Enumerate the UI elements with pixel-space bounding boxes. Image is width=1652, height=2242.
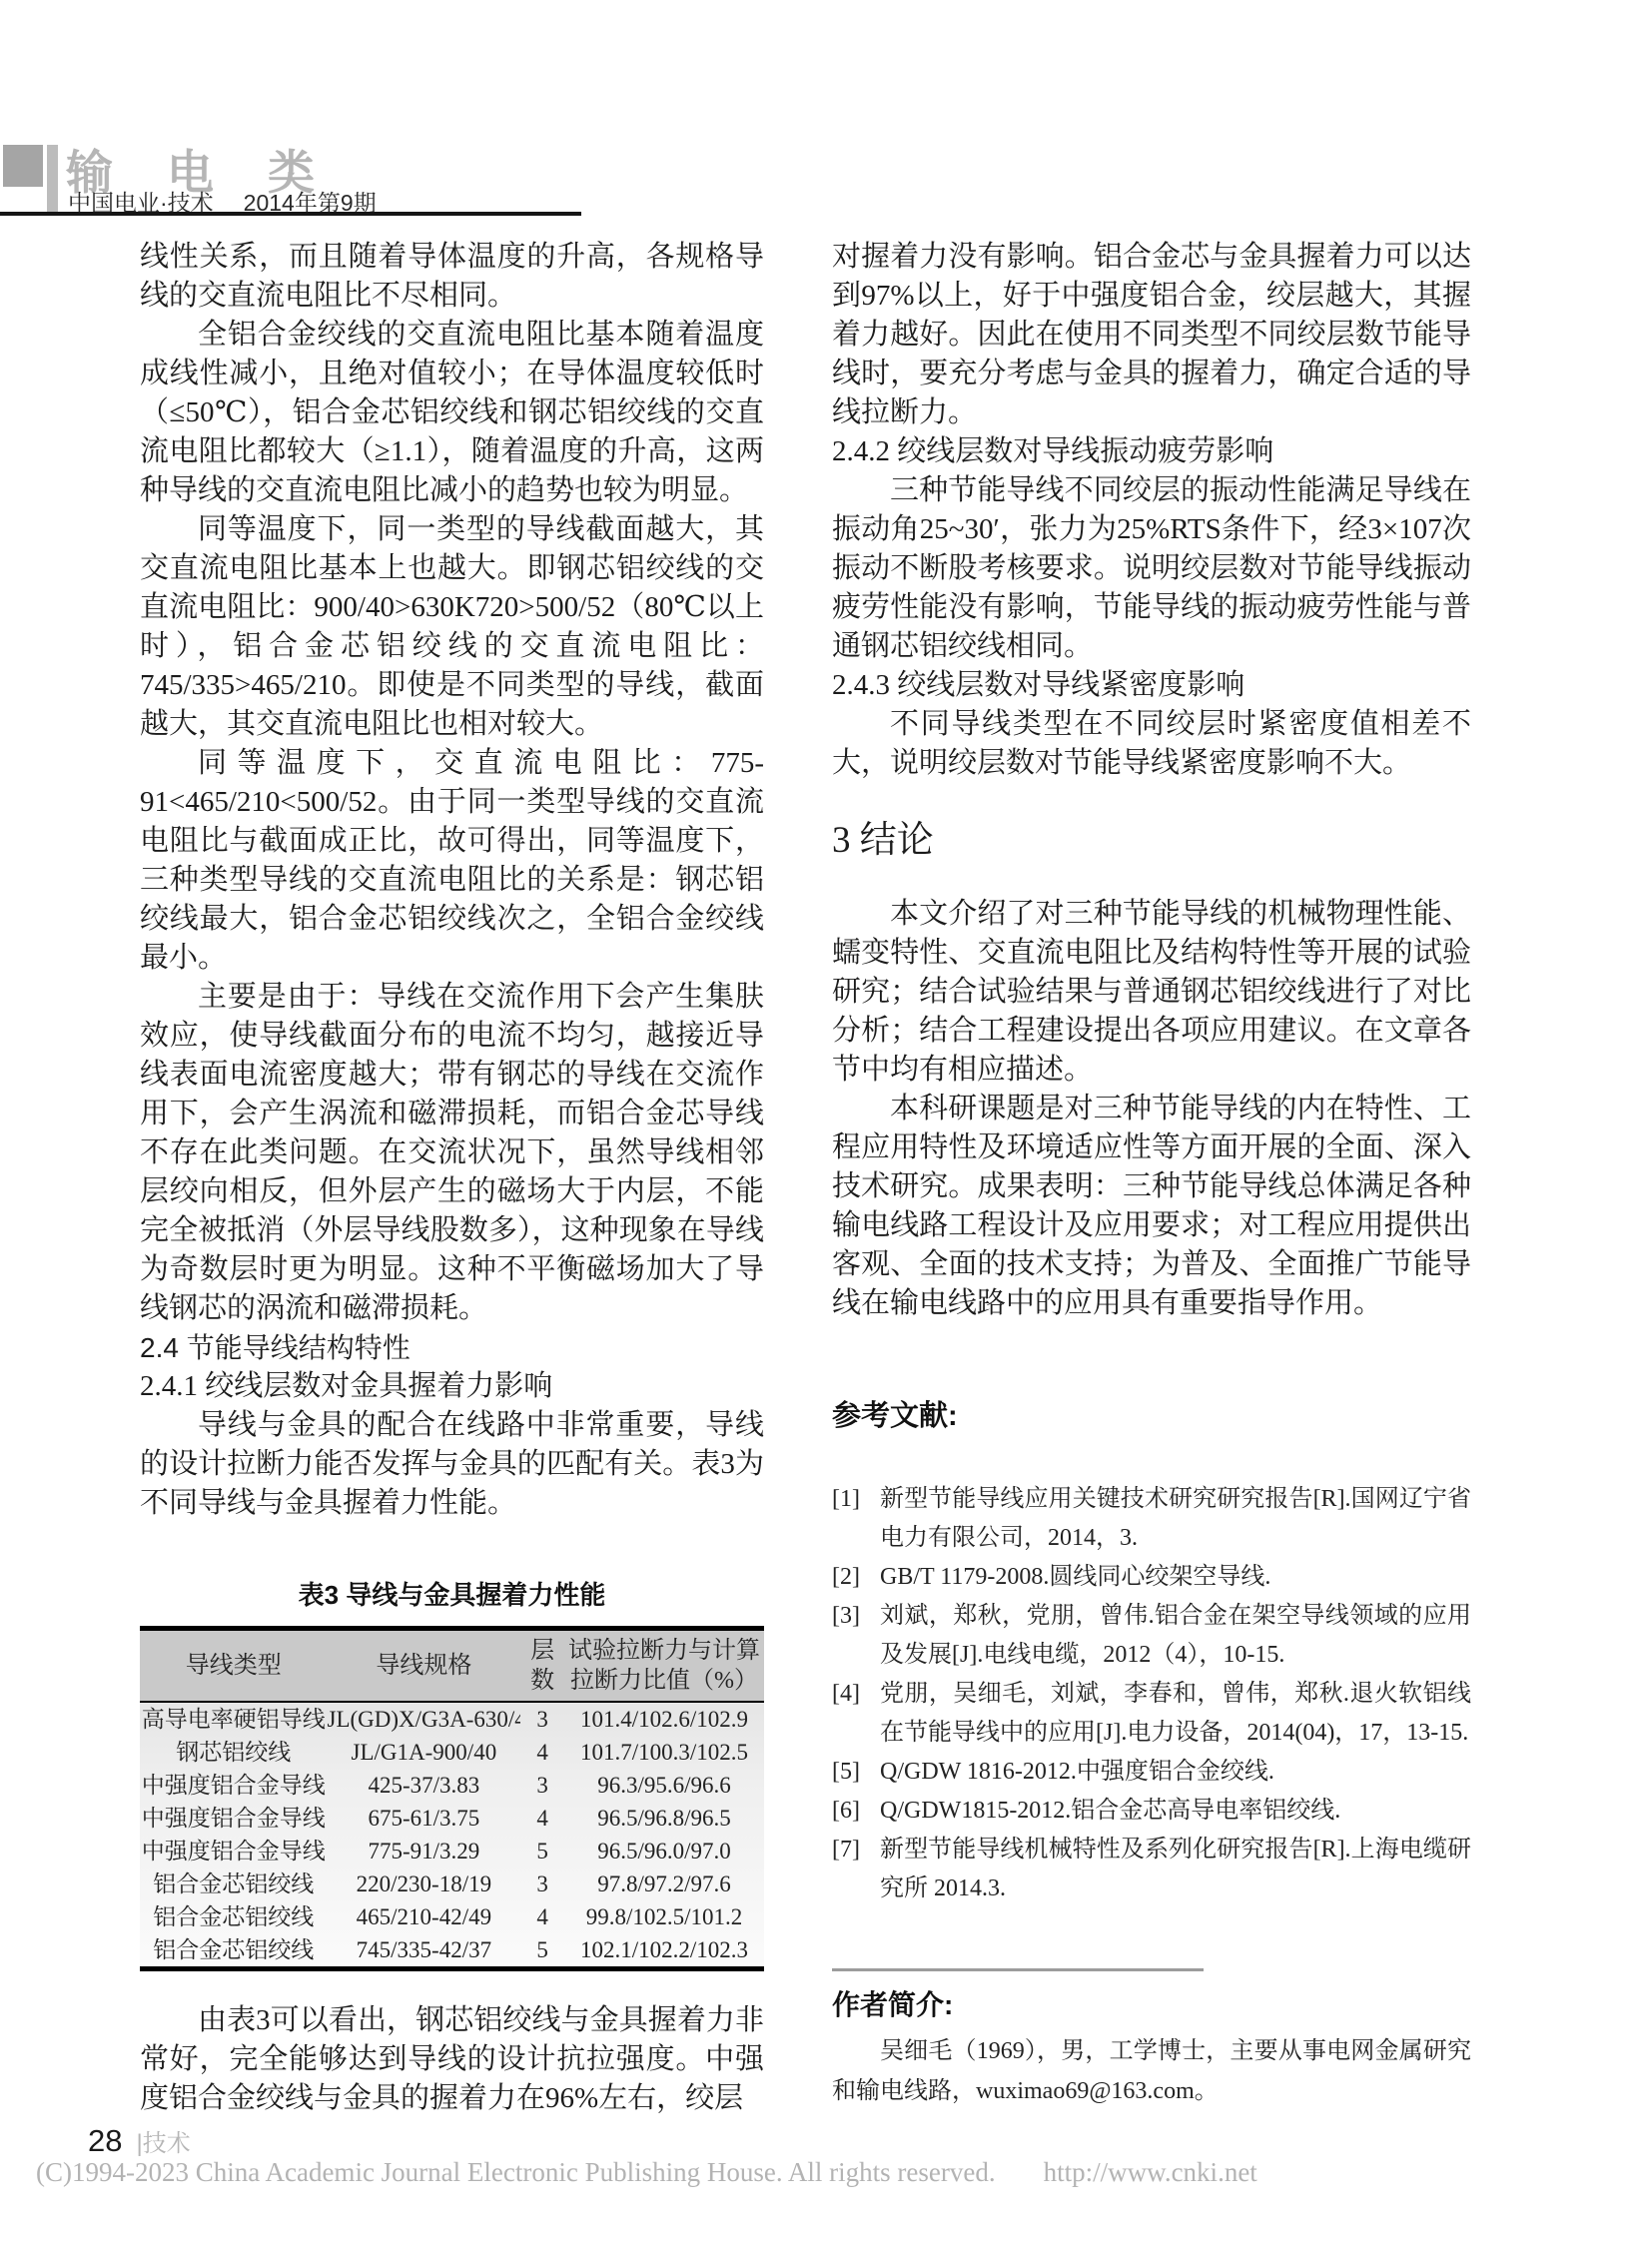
reference-label: [5] xyxy=(832,1753,880,1792)
table-cell: 4 xyxy=(520,1736,564,1769)
table-header-cell: 试验拉断力与计算拉断力比值（%） xyxy=(564,1629,764,1703)
table-row: 钢芯铝绞线JL/G1A-900/404101.7/100.3/102.5 xyxy=(140,1736,764,1769)
table-cell: 101.7/100.3/102.5 xyxy=(564,1736,764,1769)
reference-text: 新型节能导线机械特性及系列化研究报告[R].上海电缆研究所 2014.3. xyxy=(880,1831,1471,1908)
table-cell: JL/G1A-900/40 xyxy=(328,1736,521,1769)
table-cell: 5 xyxy=(520,1835,564,1868)
reference-item: [4]党朋，吴细毛，刘斌，李春和，曾伟，郑秋.退火软铝线在节能导线中的应用[J]… xyxy=(832,1675,1471,1753)
reference-label: [1] xyxy=(832,1480,880,1558)
table-cell: 3 xyxy=(520,1769,564,1802)
references-section: 参考文献: [1]新型节能导线应用关键技术研究研究报告[R].国网辽宁省电力有限… xyxy=(832,1398,1471,2111)
cnki-url: http://www.cnki.net xyxy=(1044,2157,1257,2187)
reference-item: [3]刘斌，郑秋，党朋，曾伟.铝合金在架空导线领域的应用及发展[J].电线电缆，… xyxy=(832,1597,1471,1675)
table-cell: 101.4/102.6/102.9 xyxy=(564,1702,764,1736)
table-cell: 775-91/3.29 xyxy=(328,1835,521,1868)
author-divider xyxy=(832,1968,1204,1971)
reference-text: Q/GDW 1816-2012.中强度铝合金绞线. xyxy=(880,1753,1471,1792)
reference-label: [7] xyxy=(832,1831,880,1908)
table-cell: 96.5/96.0/97.0 xyxy=(564,1835,764,1868)
reference-label: [4] xyxy=(832,1675,880,1753)
left-column: 线性关系，而且随着导体温度的升高，各规格导线的交直流电阻比不尽相同。全铝合金绞线… xyxy=(140,238,764,1578)
table-cell: 745/335-42/37 xyxy=(328,1933,521,1969)
reference-label: [2] xyxy=(832,1558,880,1597)
author-heading: 作者简介: xyxy=(832,1987,1471,2023)
reference-item: [2]GB/T 1179-2008.圆线同心绞架空导线. xyxy=(832,1558,1471,1597)
right-column: 对握着力没有影响。铝合金芯与金具握着力可以达到97%以上，好于中强度铝合金，绞层… xyxy=(832,238,1471,1394)
references-heading: 参考文献: xyxy=(832,1398,1471,1434)
author-bio: 吴细毛（1969），男，工学博士，主要从事电网金属研究和输电线路，wuximao… xyxy=(832,2031,1471,2111)
table-row: 铝合金芯铝绞线465/210-42/49499.8/102.5/101.2 xyxy=(140,1900,764,1933)
header-rule xyxy=(0,212,581,216)
table-cell: 220/230-18/19 xyxy=(328,1868,521,1900)
section-heading: 2.4 节能导线结构特性 xyxy=(140,1328,764,1367)
table-header-cell: 导线类型 xyxy=(140,1629,328,1703)
table-cell: 高导电率硬铝导线 xyxy=(140,1702,328,1736)
copyright-text: (C)1994-2023 China Academic Journal Elec… xyxy=(36,2157,996,2187)
footer-copyright: (C)1994-2023 China Academic Journal Elec… xyxy=(36,2157,1257,2188)
table-cell: 425-37/3.83 xyxy=(328,1769,521,1802)
paragraph: 全铝合金绞线的交直流电阻比基本随着温度成线性减小，且绝对值较小；在导体温度较低时… xyxy=(140,316,764,510)
footer-page-number: 28|技术 xyxy=(88,2123,191,2159)
table-cell: 钢芯铝绞线 xyxy=(140,1736,328,1769)
table-row: 中强度铝合金导线675-61/3.75496.5/96.8/96.5 xyxy=(140,1802,764,1835)
table-block: 表3 导线与金具握着力性能 导线类型导线规格层数试验拉断力与计算拉断力比值（%）… xyxy=(140,1578,764,2118)
table-body: 高导电率硬铝导线JL(GD)X/G3A-630/453101.4/102.6/1… xyxy=(140,1702,764,1969)
section-heading: 2.4.3 绞线层数对导线紧密度影响 xyxy=(832,666,1471,705)
table-cell: 5 xyxy=(520,1933,564,1969)
paragraph: 本文介绍了对三种节能导线的机械物理性能、蠕变特性、交直流电阻比及结构特性等开展的… xyxy=(832,895,1471,1090)
header-bar-icon xyxy=(47,145,58,213)
table-cell: 99.8/102.5/101.2 xyxy=(564,1900,764,1933)
reference-text: Q/GDW1815-2012.铝合金芯高导电率铝绞线. xyxy=(880,1792,1471,1831)
table-cell: 465/210-42/49 xyxy=(328,1900,521,1933)
paragraph: 同等温度下，交直流电阻比：775-91<465/210<500/52。由于同一类… xyxy=(140,744,764,978)
journal-page: 输电类 中国电业·技术2014年第9期 线性关系，而且随着导体温度的升高，各规格… xyxy=(0,0,1652,2242)
paragraph: 导线与金具的配合在线路中非常重要，导线的设计拉断力能否发挥与金具的匹配有关。表3… xyxy=(140,1406,764,1523)
table-row: 中强度铝合金导线425-37/3.83396.3/95.6/96.6 xyxy=(140,1769,764,1802)
table-row: 铝合金芯铝绞线745/335-42/375102.1/102.2/102.3 xyxy=(140,1933,764,1969)
paragraph: 三种节能导线不同绞层的振动性能满足导线在振动角25~30′，张力为25%RTS条… xyxy=(832,471,1471,666)
section-heading: 2.4.1 绞线层数对金具握着力影响 xyxy=(140,1367,764,1406)
table-cell: 铝合金芯铝绞线 xyxy=(140,1868,328,1900)
table-cell: 中强度铝合金导线 xyxy=(140,1835,328,1868)
reference-item: [7]新型节能导线机械特性及系列化研究报告[R].上海电缆研究所 2014.3. xyxy=(832,1831,1471,1908)
header-block-icon xyxy=(3,145,43,187)
table-cell: 96.3/95.6/96.6 xyxy=(564,1769,764,1802)
reference-text: 新型节能导线应用关键技术研究研究报告[R].国网辽宁省电力有限公司，2014，3… xyxy=(880,1480,1471,1558)
reference-item: [6]Q/GDW1815-2012.铝合金芯高导电率铝绞线. xyxy=(832,1792,1471,1831)
table-cell: 3 xyxy=(520,1702,564,1736)
reference-label: [6] xyxy=(832,1792,880,1831)
grip-strength-table: 导线类型导线规格层数试验拉断力与计算拉断力比值（%） 高导电率硬铝导线JL(GD… xyxy=(140,1626,764,1971)
table-header-cell: 层数 xyxy=(520,1629,564,1703)
reference-text: 党朋，吴细毛，刘斌，李春和，曾伟，郑秋.退火软铝线在节能导线中的应用[J].电力… xyxy=(880,1675,1471,1753)
table-cell: JL(GD)X/G3A-630/45 xyxy=(328,1702,521,1736)
table-header-cell: 导线规格 xyxy=(328,1629,521,1703)
table-header-row: 导线类型导线规格层数试验拉断力与计算拉断力比值（%） xyxy=(140,1629,764,1703)
table-cell: 675-61/3.75 xyxy=(328,1802,521,1835)
section-heading: 3 结论 xyxy=(832,817,1471,865)
table-cell: 中强度铝合金导线 xyxy=(140,1802,328,1835)
table-cell: 4 xyxy=(520,1900,564,1933)
table-row: 中强度铝合金导线775-91/3.29596.5/96.0/97.0 xyxy=(140,1835,764,1868)
table-title: 表3 导线与金具握着力性能 xyxy=(140,1578,764,1612)
paragraph: 线性关系，而且随着导体温度的升高，各规格导线的交直流电阻比不尽相同。 xyxy=(140,238,764,316)
table-cell: 3 xyxy=(520,1868,564,1900)
paragraph: 同等温度下，同一类型的导线截面越大，其交直流电阻比基本上也越大。即钢芯铝绞线的交… xyxy=(140,510,764,744)
reference-item: [5]Q/GDW 1816-2012.中强度铝合金绞线. xyxy=(832,1753,1471,1792)
paragraph: 对握着力没有影响。铝合金芯与金具握着力可以达到97%以上，好于中强度铝合金，绞层… xyxy=(832,238,1471,432)
table-cell: 4 xyxy=(520,1802,564,1835)
section-heading: 2.4.2 绞线层数对导线振动疲劳影响 xyxy=(832,432,1471,471)
reference-text: 刘斌，郑秋，党朋，曾伟.铝合金在架空导线领域的应用及发展[J].电线电缆，201… xyxy=(880,1597,1471,1675)
paragraph: 不同导线类型在不同绞层时紧密度值相差不大，说明绞层数对节能导线紧密度影响不大。 xyxy=(832,705,1471,783)
table-row: 铝合金芯铝绞线220/230-18/19397.8/97.2/97.6 xyxy=(140,1868,764,1900)
paragraph: 本科研课题是对三种节能导线的内在特性、工程应用特性及环境适应性等方面开展的全面、… xyxy=(832,1090,1471,1323)
page-number: 28 xyxy=(88,2123,122,2158)
table-cell: 97.8/97.2/97.6 xyxy=(564,1868,764,1900)
reference-item: [1]新型节能导线应用关键技术研究研究报告[R].国网辽宁省电力有限公司，201… xyxy=(832,1480,1471,1558)
table-cell: 铝合金芯铝绞线 xyxy=(140,1900,328,1933)
table-cell: 铝合金芯铝绞线 xyxy=(140,1933,328,1969)
references-list: [1]新型节能导线应用关键技术研究研究报告[R].国网辽宁省电力有限公司，201… xyxy=(832,1480,1471,1908)
table-cell: 中强度铝合金导线 xyxy=(140,1769,328,1802)
table-cell: 102.1/102.2/102.3 xyxy=(564,1933,764,1969)
footer-section-label: |技术 xyxy=(136,2130,190,2157)
reference-label: [3] xyxy=(832,1597,880,1675)
paragraph: 主要是由于：导线在交流作用下会产生集肤效应，使导线截面分布的电流不均匀，越接近导… xyxy=(140,978,764,1328)
paragraph-after-table: 由表3可以看出，钢芯铝绞线与金具握着力非常好，完全能够达到导线的设计抗拉强度。中… xyxy=(140,2001,764,2118)
table-row: 高导电率硬铝导线JL(GD)X/G3A-630/453101.4/102.6/1… xyxy=(140,1702,764,1736)
table-cell: 96.5/96.8/96.5 xyxy=(564,1802,764,1835)
reference-text: GB/T 1179-2008.圆线同心绞架空导线. xyxy=(880,1558,1471,1597)
